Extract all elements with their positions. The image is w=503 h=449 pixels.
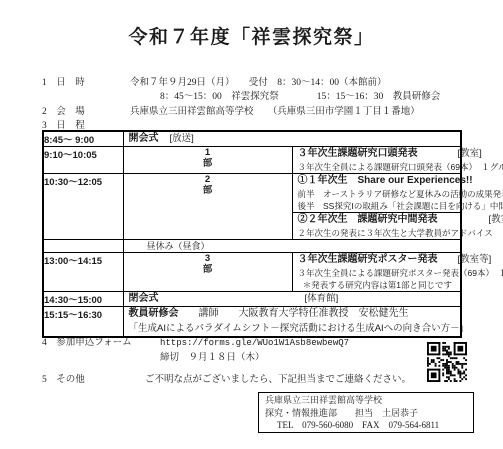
schedule-table: 8:45～ 9:00 開会式 [放送] 9:10～10:05 1 部 ３年次生課… [42, 130, 462, 338]
event-note: ＊発表する研究内容は第1部と同じです [293, 279, 461, 291]
time-cell: 15:15～16:30 [43, 307, 123, 338]
application-label: 4 参加申込フォーム [42, 336, 160, 351]
event-description: ２年次生の発表に３年次生と大学教員がアドバイス [293, 227, 461, 239]
time-cell: 10:30～12:05 [43, 174, 123, 240]
time-cell: 8:45～ 9:00 [43, 131, 123, 147]
room-label: [放送] [170, 132, 194, 146]
training-subtitle: 「生成AIによるパラダイムシフト－探究活動における生成AIへの向き合い方－」 [124, 321, 461, 336]
document-page: 令和７年度「祥雲探究祭」 1 日 時 令和７年９月29日（月） 受付 8：30～… [0, 0, 503, 449]
event-title-line: 開会式 [放送] [124, 132, 461, 146]
part-number: 3 [124, 253, 292, 264]
other-text: ご不明な点がございましたら、下記担当までご連絡ください。 [145, 371, 411, 385]
event-title: 閉会式 [129, 293, 159, 304]
datetime-label: 1 日 時 [42, 76, 130, 90]
part-char: 部 [124, 158, 292, 169]
info-section: 1 日 時 令和７年９月29日（月） 受付 8：30～14：00（本館前） 8：… [42, 76, 440, 133]
other-section: 5 その他 ご不明な点がございましたら、下記担当までご連絡ください。 [42, 371, 411, 385]
contact-school: 兵庫県立三田祥雲館高等学校 [265, 394, 473, 407]
datetime-line: 1 日 時 令和７年９月29日（月） 受付 8：30～14：00（本館前） [42, 76, 440, 90]
table-row-part2: 10:30～12:05 2 部 ①１年次生 Share our Experien… [43, 174, 461, 240]
part-number-cell: 3 部 [123, 253, 292, 292]
venue-label: 2 会 場 [42, 105, 130, 119]
event-title: ３年次生課題研究ポスター発表 [298, 254, 438, 265]
other-label: 5 その他 [42, 371, 145, 385]
event-cell: ３年次生課題研究口頭発表 [教室] ３年次生全員による課題研究口頭発表（69本）… [292, 147, 461, 174]
table-row-lunch: 昼休み（昼食） [43, 240, 461, 253]
lecturer-text: 講師 大阪教育大学特任准教授 安松健先生 [179, 308, 409, 319]
event-description: ３年次生全員による課題研究口頭発表（69本） １グループ１回15分 [293, 161, 461, 173]
event-cell: ３年次生課題研究ポスター発表 [教室等] ３年次生全員による課題研究ポスター発表… [292, 253, 461, 292]
part-char: 部 [124, 185, 292, 196]
application-form-link[interactable]: https://forms.gle/WUo1W1Asb8ewbewQ7 [160, 336, 349, 351]
event-title: ３年次生課題研究口頭発表 [298, 148, 418, 159]
part-number: 1 [124, 147, 292, 158]
part2-block2: ②２年次生 課題研究中間発表 [教室] ２年次生の発表に３年次生と大学教員がアド… [293, 213, 461, 239]
table-row-part3: 13:00～14:15 3 部 ３年次生課題研究ポスター発表 [教室等] ３年次… [43, 253, 461, 292]
table-row-closing: 14:30～15:00 閉会式 [体育館] [43, 292, 461, 307]
part-number-cell: 1 部 [123, 147, 292, 174]
part-char: 部 [124, 264, 292, 275]
event-description: 前半 オーストラリア研修など夏休みの活動の成果発表 先輩の体験発表 [293, 188, 461, 200]
event-cell: 閉会式 [体育館] [123, 292, 461, 307]
event-title-line: 教員研修会 講師 大阪教育大学特任准教授 安松健先生 [124, 307, 461, 321]
deadline-spacer [42, 351, 160, 366]
datetime-value: 令和７年９月29日（月） 受付 8：30～14：00（本館前） [130, 76, 387, 90]
room-label: [教室等] [458, 253, 492, 267]
part-number-cell: 2 部 [123, 174, 292, 240]
venue-value: 兵庫県立三田祥雲館高等学校 （兵庫県三田市学園１丁目１番地） [130, 105, 420, 119]
event-title-line: ３年次生課題研究ポスター発表 [教室等] [293, 253, 461, 267]
application-section: 4 参加申込フォーム https://forms.gle/WUo1W1Asb8e… [42, 336, 349, 365]
application-deadline: 締切 ９月１８日（木） [160, 351, 265, 366]
time-cell: 13:00～14:15 [43, 253, 123, 292]
page-title: 令和７年度「祥雲探究祭」 [0, 22, 503, 49]
qr-code-icon [427, 342, 467, 382]
event-cell: 開会式 [放送] [123, 131, 461, 147]
event-description: ３年次生全員による課題研究ポスター発表（69本） １グループ10分×4回 [293, 267, 461, 279]
table-row-part1: 9:10～10:05 1 部 ３年次生課題研究口頭発表 [教室] ３年次生全員に… [43, 147, 461, 174]
lunch-label: 昼休み（昼食） [124, 240, 461, 252]
event-title-line: ②２年次生 課題研究中間発表 [教室] [293, 213, 461, 227]
contact-department: 探究・情報推進部 担当 土居恭子 [265, 407, 473, 420]
event-cell: 昼休み（昼食） [123, 240, 461, 253]
event-description: 後半 SS探究Ⅰの取組み「社会課題に目を向ける」中間発表 [293, 200, 461, 212]
venue-line: 2 会 場 兵庫県立三田祥雲館高等学校 （兵庫県三田市学園１丁目１番地） [42, 105, 440, 119]
part2-block1: ①１年次生 Share our Experiences!! [大講義棟] 前半 … [293, 174, 461, 213]
contact-box: 兵庫県立三田祥雲館高等学校 探究・情報推進部 担当 土居恭子 TEL 079-5… [258, 392, 474, 433]
room-label: [教室] [489, 213, 503, 227]
event-title: 教員研修会 [129, 308, 179, 319]
event-cell: ①１年次生 Share our Experiences!! [大講義棟] 前半 … [292, 174, 461, 240]
event-title: 開会式 [129, 133, 159, 144]
table-row-opening: 8:45～ 9:00 開会式 [放送] [43, 131, 461, 147]
event-title: ①１年次生 Share our Experiences!! [298, 175, 473, 186]
event-title: ②２年次生 課題研究中間発表 [298, 214, 438, 225]
room-label: [体育館] [305, 292, 339, 306]
time-cell: 14:30～15:00 [43, 292, 123, 307]
datetime-line2: 8：45～15：00 祥雲探究祭 15：15～16：30 教員研修会 [42, 90, 440, 104]
event-cell: 教員研修会 講師 大阪教育大学特任准教授 安松健先生 「生成AIによるパラダイム… [123, 307, 461, 338]
time-cell [43, 240, 123, 253]
contact-phone: TEL 079-560-6080 FAX 079-564-6811 [265, 419, 473, 432]
time-cell: 9:10～10:05 [43, 147, 123, 174]
event-title-line: ３年次生課題研究口頭発表 [教室] [293, 147, 461, 161]
part-number: 2 [124, 174, 292, 185]
table-row-training: 15:15～16:30 教員研修会 講師 大阪教育大学特任准教授 安松健先生 「… [43, 307, 461, 338]
event-title-line: ①１年次生 Share our Experiences!! [大講義棟] [293, 174, 461, 188]
event-title-line: 閉会式 [体育館] [124, 292, 461, 306]
room-label: [教室] [458, 147, 482, 161]
